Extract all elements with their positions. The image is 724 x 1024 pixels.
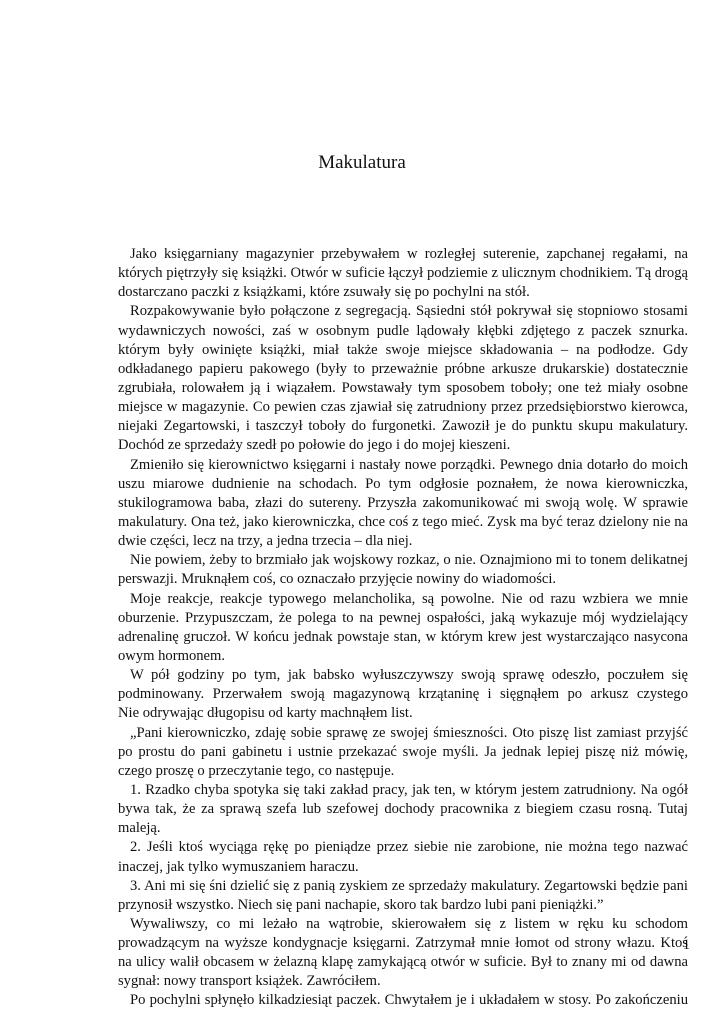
text-line: bywa tak, że za sprawą szefa lub szefowe… (118, 800, 688, 819)
document-title: Makulatura (0, 151, 724, 175)
text-line: Rozpakowywanie było połączone z segregac… (118, 302, 688, 321)
paragraph: Jako księgarniany magazynier przebywałem… (118, 245, 688, 302)
paragraph: Zmieniło się kierownictwo księgarni i na… (118, 456, 688, 552)
paragraph: Wywaliwszy, co mi leżało na wątrobie, sk… (118, 915, 688, 992)
text-line: perswazji. Mruknąłem coś, co oznaczało p… (118, 570, 688, 589)
text-line: Zmieniło się kierownictwo księgarni i na… (118, 456, 688, 475)
text-line: stukilogramowa baba, złazi do sutereny. … (118, 494, 688, 513)
text-line: czego proszę o przeczytanie tego, co nas… (118, 762, 688, 781)
paragraph: 1. Rzadko chyba spotyka się taki zakład … (118, 781, 688, 838)
paragraph: Po pochylni spłynęło kilkadziesiąt pacze… (118, 991, 688, 1010)
text-line: prowadzącym na wyższe kondygnacje księga… (118, 934, 688, 953)
text-line: adrenalinę gruczoł. W końcu jednak powst… (118, 628, 688, 647)
text-line: Po pochylni spłynęło kilkadziesiąt pacze… (118, 991, 688, 1010)
text-line: uszu miarowe dudnienie na schodach. Po t… (118, 475, 688, 494)
text-line: wydawniczych nowości, zaś w osobnym pudl… (118, 322, 688, 341)
text-line: W pół godziny po tym, jak babsko wyłuszc… (118, 666, 688, 685)
text-line: dostarczano paczki z książkami, które zs… (118, 283, 688, 302)
text-line: 3. Ani mi się śni dzielić się z panią zy… (118, 877, 688, 896)
text-line: inaczej, jak tylko wymuszaniem haraczu. (118, 858, 688, 877)
text-line: owym hormonem. (118, 647, 688, 666)
text-line: zgrubiała, rolowałem ją i wiązałem. Pows… (118, 379, 688, 398)
paragraph: 2. Jeśli ktoś wyciąga rękę po pieniądze … (118, 838, 688, 876)
paragraph: „Pani kierowniczko, zdaję sobie sprawę z… (118, 724, 688, 781)
text-line: Moje reakcje, reakcje typowego melanchol… (118, 590, 688, 609)
paragraph: W pół godziny po tym, jak babsko wyłuszc… (118, 666, 688, 723)
document-body: Jako księgarniany magazynier przebywałem… (118, 245, 688, 1011)
text-line: oburzenie. Przypuszczam, że polega to na… (118, 609, 688, 628)
document-page: Makulatura Jako księgarniany magazynier … (0, 0, 724, 1024)
text-line: maleją. (118, 819, 688, 838)
text-line: miejsce w magazynie. Co pewien czas zjaw… (118, 398, 688, 417)
text-line: po prostu do pani gabinetu i ustnie prze… (118, 743, 688, 762)
text-line: 2. Jeśli ktoś wyciąga rękę po pieniądze … (118, 838, 688, 857)
text-line: Nie odrywając długopisu od karty machnął… (118, 704, 688, 723)
paragraph: Moje reakcje, reakcje typowego melanchol… (118, 590, 688, 667)
text-line: którym były owinięte książki, miał także… (118, 341, 688, 360)
text-line: na ulicy walił obcasem w żelazną klapę z… (118, 953, 688, 972)
text-line: Nie powiem, żeby to brzmiało jak wojskow… (118, 551, 688, 570)
text-line: przynosił wszystko. Niech się pani nacha… (118, 896, 688, 915)
text-line: których piętrzyły się książki. Otwór w s… (118, 264, 688, 283)
text-line: Dochód ze sprzedaży szedł po połowie do … (118, 436, 688, 455)
text-line: dwie części, lecz na trzy, a jedna trzec… (118, 532, 688, 551)
text-line: sygnał: nowy transport książek. Zawrócił… (118, 972, 688, 991)
text-line: Wywaliwszy, co mi leżało na wątrobie, sk… (118, 915, 688, 934)
page-number: 1 (680, 936, 690, 954)
paragraph: Nie powiem, żeby to brzmiało jak wojskow… (118, 551, 688, 589)
paragraph: 3. Ani mi się śni dzielić się z panią zy… (118, 877, 688, 915)
text-line: niejaki Zegartowski, i taszczył toboły d… (118, 417, 688, 436)
text-line: odkładanego papieru pakowego (były to pr… (118, 360, 688, 379)
text-line: „Pani kierowniczko, zdaję sobie sprawę z… (118, 724, 688, 743)
text-line: makulatury. Ona też, jako kierowniczka, … (118, 513, 688, 532)
text-line: podminowany. Przerwałem swoją magazynową… (118, 685, 688, 704)
text-line: 1. Rzadko chyba spotyka się taki zakład … (118, 781, 688, 800)
paragraph: Rozpakowywanie było połączone z segregac… (118, 302, 688, 455)
text-line: Jako księgarniany magazynier przebywałem… (118, 245, 688, 264)
